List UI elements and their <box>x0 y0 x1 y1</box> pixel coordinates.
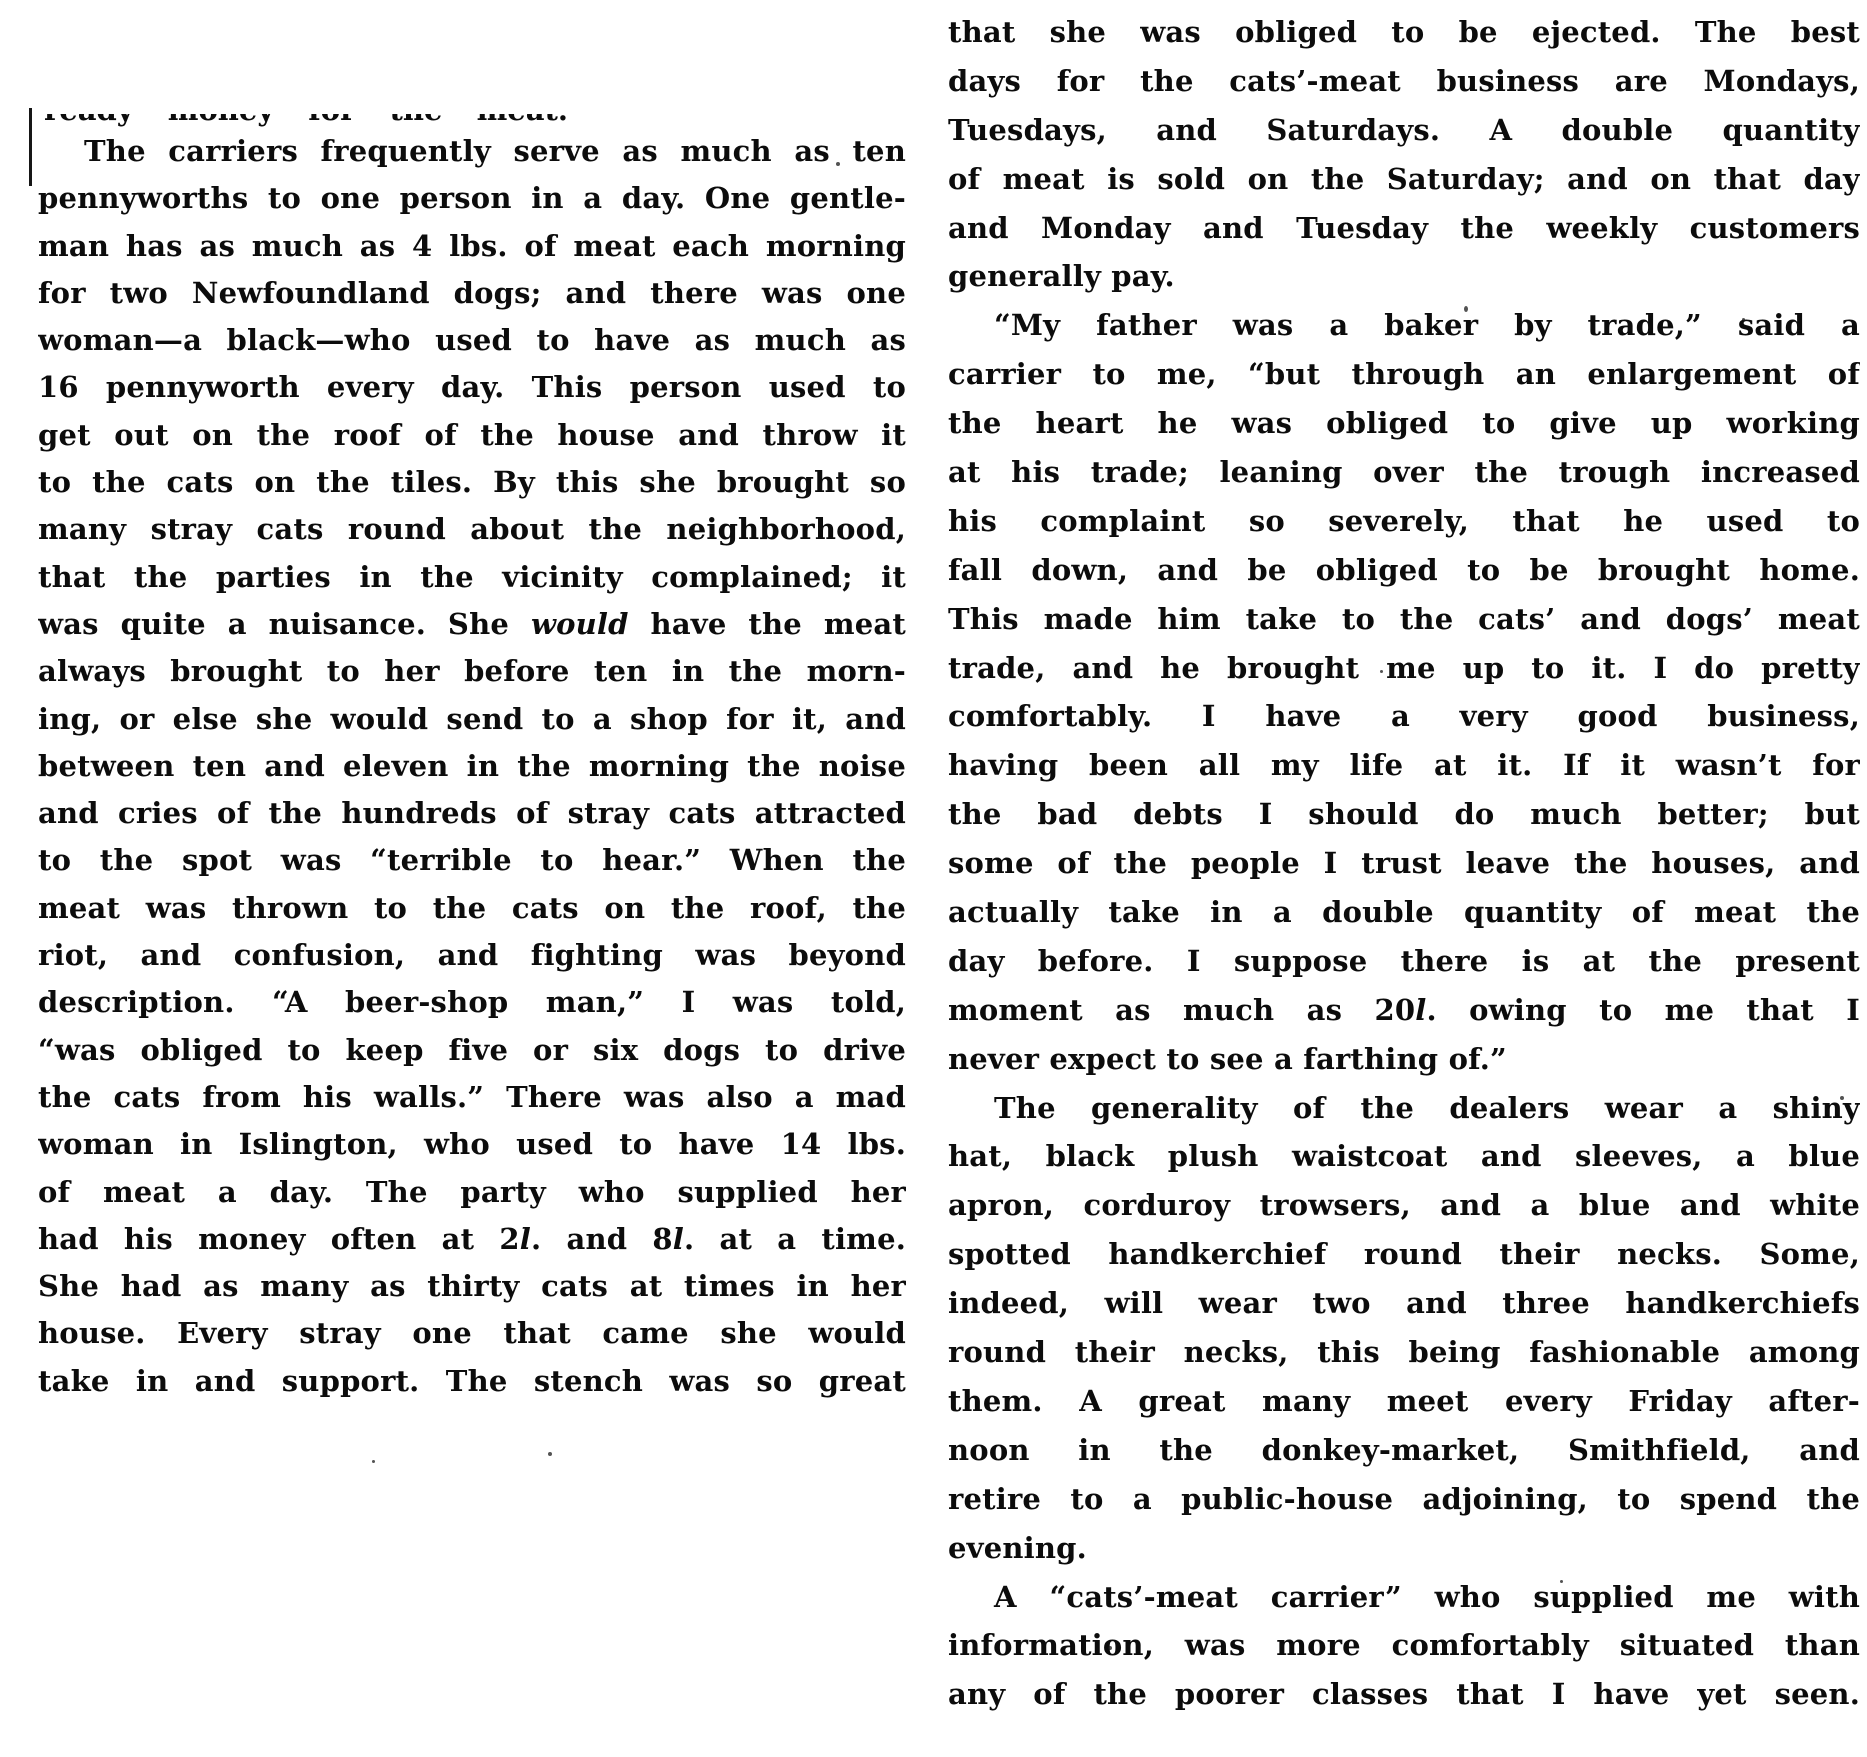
text-line: pennyworths to one person in a day. One … <box>38 175 906 222</box>
text-line: moment as much as 20l. owing to me that … <box>948 986 1860 1035</box>
text-line: many stray cats round about the neighbor… <box>38 506 906 553</box>
text-line: spotted handkerchief round their necks. … <box>948 1230 1860 1279</box>
scan-speck <box>1464 306 1468 312</box>
text-line: always brought to her before ten in the … <box>38 648 906 695</box>
text-line: The generality of the dealers wear a shi… <box>948 1084 1860 1133</box>
text-line: his complaint so severely, that he used … <box>948 497 1860 546</box>
text-line: any of the poorer classes that I have ye… <box>948 1670 1860 1719</box>
text-line: them. A great many meet every Friday aft… <box>948 1377 1860 1426</box>
text-line: retire to a public-house adjoining, to s… <box>948 1475 1860 1524</box>
text-line: A “cats’-meat carrier” who supplied me w… <box>948 1573 1860 1622</box>
text-line: never expect to see a farthing of.” <box>948 1035 1860 1084</box>
text-line: noon in the donkey-market, Smithfield, a… <box>948 1426 1860 1475</box>
scan-speck <box>548 1452 552 1456</box>
text-line: of meat a day. The party who supplied he… <box>38 1169 906 1216</box>
scan-speck <box>1840 1096 1844 1100</box>
text-line: get out on the roof of the house and thr… <box>38 412 906 459</box>
text-line: trade, and he brought me up to it. I do … <box>948 644 1860 693</box>
scan-speck <box>836 162 840 166</box>
text-line: riot, and confusion, and fighting was be… <box>38 932 906 979</box>
text-line: house. Every stray one that came she wou… <box>38 1310 906 1357</box>
text-line: information, was more comfortably situat… <box>948 1621 1860 1670</box>
scan-speck <box>120 480 123 483</box>
text-line: the cats from his walls.” There was also… <box>38 1074 906 1121</box>
text-line: comfortably. I have a very good business… <box>948 692 1860 741</box>
text-line: generally pay. <box>948 252 1860 301</box>
text-line: 16 pennyworth every day. This person use… <box>38 364 906 411</box>
text-line: some of the people I trust leave the hou… <box>948 839 1860 888</box>
text-line: She had as many as thirty cats at times … <box>38 1263 906 1310</box>
text-line: was quite a nuisance. She would have the… <box>38 601 906 648</box>
text-line: and Monday and Tuesday the weekly custom… <box>948 204 1860 253</box>
text-column-right: that she was obliged to be ejected. The … <box>948 8 1860 1719</box>
text-column-left: The carriers frequently serve as much as… <box>38 128 906 1405</box>
column-rule-fragment <box>29 108 32 186</box>
text-line: apron, corduroy trowsers, and a blue and… <box>948 1181 1860 1230</box>
text-line: days for the cats’-meat business are Mon… <box>948 57 1860 106</box>
text-line: that the parties in the vicinity complai… <box>38 554 906 601</box>
text-line: indeed, will wear two and three handkerc… <box>948 1279 1860 1328</box>
text-line: the heart he was obliged to give up work… <box>948 399 1860 448</box>
text-line: of meat is sold on the Saturday; and on … <box>948 155 1860 204</box>
scan-speck <box>1380 670 1383 673</box>
scanned-page: ready money for the meat. The carriers f… <box>0 0 1867 1757</box>
scan-speck <box>1742 318 1745 321</box>
text-line: The carriers frequently serve as much as… <box>38 128 906 175</box>
text-line: ing, or else she would send to a shop fo… <box>38 696 906 743</box>
text-line: round their necks, this being fashionabl… <box>948 1328 1860 1377</box>
text-line: Tuesdays, and Saturdays. A double quanti… <box>948 106 1860 155</box>
text-line: to the spot was “terrible to hear.” When… <box>38 837 906 884</box>
text-line: woman in Islington, who used to have 14 … <box>38 1121 906 1168</box>
text-line: the bad debts I should do much better; b… <box>948 790 1860 839</box>
text-line: to the cats on the tiles. By this she br… <box>38 459 906 506</box>
text-line: carrier to me, “but through an enlargeme… <box>948 350 1860 399</box>
scan-speck <box>1108 1646 1112 1650</box>
text-line: man has as much as 4 lbs. of meat each m… <box>38 223 906 270</box>
text-line: that she was obliged to be ejected. The … <box>948 8 1860 57</box>
text-line: at his trade; leaning over the trough in… <box>948 448 1860 497</box>
text-line: take in and support. The stench was so g… <box>38 1358 906 1405</box>
text-line: day before. I suppose there is at the pr… <box>948 937 1860 986</box>
text-line: This made him take to the cats’ and dogs… <box>948 595 1860 644</box>
text-line: “was obliged to keep five or six dogs to… <box>38 1027 906 1074</box>
text-line: description. “A beer-shop man,” I was to… <box>38 979 906 1026</box>
text-line: had his money often at 2l. and 8l. at a … <box>38 1216 906 1263</box>
text-line: “My father was a baker by trade,” said a <box>948 301 1860 350</box>
text-line: hat, black plush waistcoat and sleeves, … <box>948 1132 1860 1181</box>
text-line: woman—a black—who used to have as much a… <box>38 317 906 364</box>
text-line: between ten and eleven in the morning th… <box>38 743 906 790</box>
text-line: and cries of the hundreds of stray cats … <box>38 790 906 837</box>
text-line: meat was thrown to the cats on the roof,… <box>38 885 906 932</box>
scan-speck <box>1560 1580 1563 1583</box>
text-line: actually take in a double quantity of me… <box>948 888 1860 937</box>
text-line: fall down, and be obliged to be brought … <box>948 546 1860 595</box>
scan-speck <box>372 1460 375 1463</box>
text-line: for two Newfoundland dogs; and there was… <box>38 270 906 317</box>
text-line: evening. <box>948 1524 1860 1573</box>
text-line: having been all my life at it. If it was… <box>948 741 1860 790</box>
